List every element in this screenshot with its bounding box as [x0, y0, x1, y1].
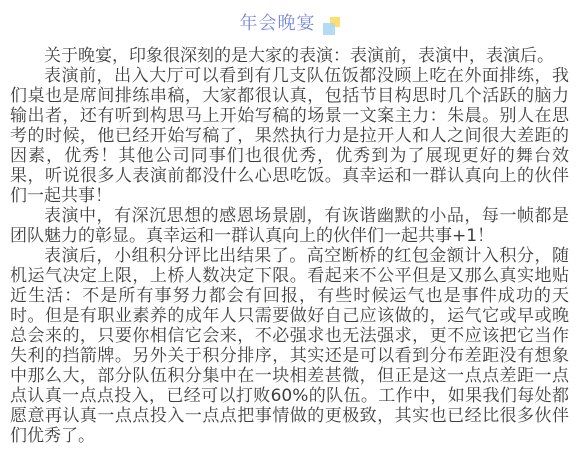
paragraph-intro: 关于晚宴，印象很深刻的是大家的表演：表演前，表演中，表演后。 — [10, 46, 569, 66]
paragraph-during-show: 表演中，有深沉思想的感恩场景剧，有诙谐幽默的小品，每一帧都是团队魅力的彰显。真幸… — [10, 206, 569, 246]
paragraph-before-show: 表演前，出入大厅可以看到有几支队伍饭都没顾上吃在外面排练，我们桌也是席间排练串稿… — [10, 66, 569, 206]
document-body: 关于晚宴，印象很深刻的是大家的表演：表演前，表演中，表演后。 表演前，出入大厅可… — [10, 46, 569, 446]
title-row: 年会晚宴 — [10, 12, 569, 35]
document-page: 年会晚宴 关于晚宴，印象很深刻的是大家的表演：表演前，表演中，表演后。 表演前，… — [0, 0, 578, 455]
blue-square-icon-part — [323, 23, 335, 35]
overlapping-squares-icon — [323, 17, 340, 35]
page-title: 年会晚宴 — [240, 13, 316, 35]
paragraph-after-show: 表演后，小组积分评比出结果了。高空断桥的红包金额计入积分，随机运气决定上限，上桥… — [10, 246, 569, 446]
